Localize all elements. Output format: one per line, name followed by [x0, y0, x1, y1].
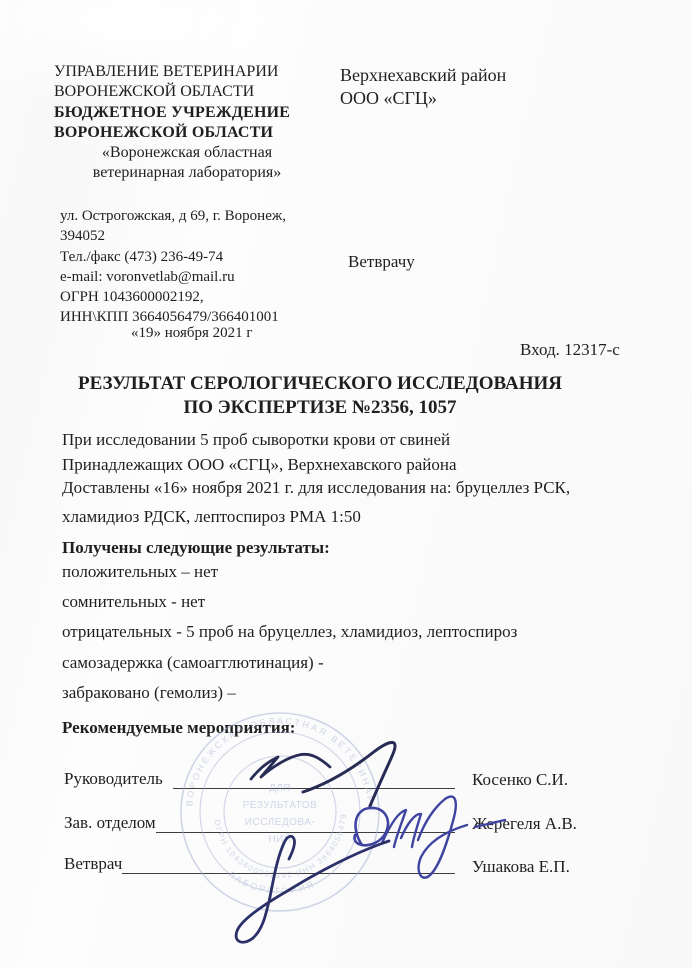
org-line: ветеринарная лаборатория» — [54, 163, 320, 183]
body-line: При исследовании 5 проб сыворотки крови … — [62, 430, 450, 450]
stamp-outer-circle — [181, 713, 379, 911]
addressee-line: Ветврачу — [348, 252, 415, 272]
letterhead-org-block: УПРАВЛЕНИЕ ВЕТЕРИНАРИИ ВОРОНЕЖСКОЙ ОБЛАС… — [54, 62, 320, 184]
recipient-block: Верхнехавский район ООО «СГЦ» — [340, 64, 506, 109]
signature-line — [122, 856, 455, 874]
address-line: 394052 — [60, 226, 286, 246]
signature-role-label: Руководитель — [64, 769, 163, 789]
address-line: Тел./факс (473) 236-49-74 — [60, 247, 286, 267]
signature-line — [156, 815, 455, 833]
letterhead-address-block: ул. Острогожская, д 69, г. Воронеж, 3940… — [60, 206, 286, 328]
signature-handwriting-vet — [236, 836, 389, 942]
document-title: РЕЗУЛЬТАТ СЕРОЛОГИЧЕСКОГО ИССЛЕДОВАНИЯ П… — [16, 372, 624, 419]
address-line: e-mail: voronvetlab@mail.ru — [60, 267, 286, 287]
result-item: самозадержка (самоагглютинация) - — [62, 653, 517, 683]
result-item: сомнительных - нет — [62, 592, 517, 622]
result-item: забраковано (гемолиз) – — [62, 683, 517, 713]
document-date: «19» ноября 2021 г — [131, 325, 253, 342]
stamp-center-line: РЕЗУЛЬТАТОВ — [243, 800, 317, 811]
result-item: положительных – нет — [62, 562, 517, 592]
incoming-number: Вход. 12317-с — [520, 340, 620, 360]
title-line-2: ПО ЭКСПЕРТИЗЕ №2356, 1057 — [16, 396, 624, 420]
org-line: УПРАВЛЕНИЕ ВЕТЕРИНАРИИ — [54, 62, 320, 82]
body-line: Доставлены «16» ноября 2021 г. для иссле… — [62, 478, 570, 498]
scanned-letter-page: УПРАВЛЕНИЕ ВЕТЕРИНАРИИ ВОРОНЕЖСКОЙ ОБЛАС… — [0, 0, 692, 968]
org-line: ВОРОНЕЖСКОЙ ОБЛАСТИ — [54, 82, 320, 102]
stamp-center-line: НИЙ — [268, 832, 291, 845]
address-line: ул. Острогожская, д 69, г. Воронеж, — [60, 206, 286, 226]
title-line-1: РЕЗУЛЬТАТ СЕРОЛОГИЧЕСКОГО ИССЛЕДОВАНИЯ — [16, 372, 624, 396]
recipient-organization: ООО «СГЦ» — [340, 87, 506, 110]
signature-role-label: Ветврач — [64, 854, 122, 874]
recommendations-heading: Рекомендуемые мероприятия: — [62, 718, 295, 738]
org-line: ВОРОНЕЖСКОЙ ОБЛАСТИ — [54, 123, 320, 143]
signature-row: Зав. отделом — [64, 813, 455, 833]
result-item: отрицательных - 5 проб на бруцеллез, хла… — [62, 622, 517, 652]
org-line: «Воронежская областная — [54, 143, 320, 163]
signature-role-label: Зав. отделом — [64, 813, 156, 833]
signature-line — [173, 771, 455, 789]
address-line: ОГРН 1043600002192, — [60, 287, 286, 307]
results-list: положительных – нет сомнительных - нет о… — [62, 562, 517, 713]
signature-row: Ветврач — [64, 854, 455, 874]
org-line: БЮДЖЕТНОЕ УЧРЕЖДЕНИЕ — [54, 103, 320, 123]
signature-name: Ушакова Е.П. — [472, 857, 570, 877]
body-line: Принадлежащих ООО «СГЦ», Верхнехавского … — [62, 455, 457, 475]
signature-name: Жерегеля А.В. — [472, 814, 577, 834]
body-line: хламидиоз РДСК, лептоспироз РМА 1:50 — [62, 507, 361, 527]
recipient-district: Верхнехавский район — [340, 64, 506, 87]
signature-row: Руководитель — [64, 769, 455, 789]
results-heading: Получены следующие результаты: — [62, 538, 330, 558]
signature-name: Косенко С.И. — [472, 770, 568, 790]
